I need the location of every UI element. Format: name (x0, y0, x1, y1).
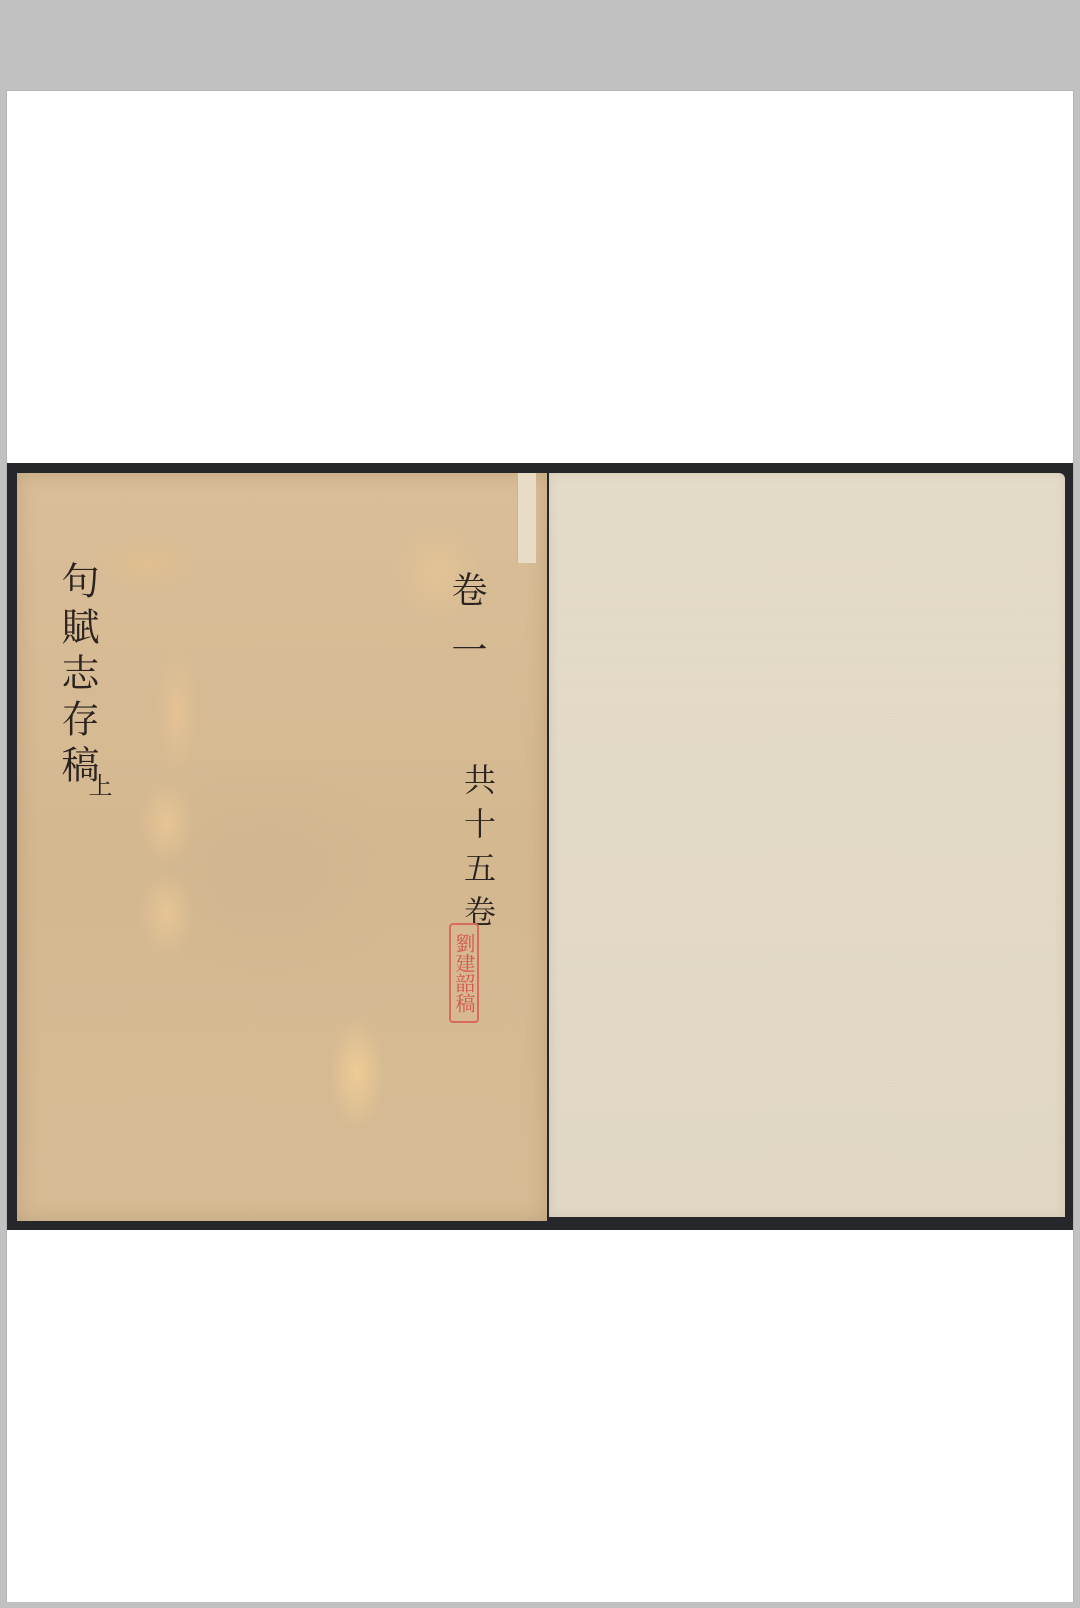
book-cover-left-page: 句賦志存稿 上 卷一 共十五卷 劉建韶稿 (17, 473, 547, 1221)
volume-label: 卷一 (441, 571, 492, 691)
scanned-book-image: 句賦志存稿 上 卷一 共十五卷 劉建韶稿 (7, 463, 1073, 1230)
book-title-suffix: 上 (81, 773, 116, 805)
blank-right-page (549, 473, 1065, 1217)
total-volumes-label: 共十五卷 (455, 763, 501, 939)
spine-binding-strip (517, 473, 536, 563)
book-title: 句賦志存稿 (57, 561, 97, 791)
red-seal-stamp: 劉建韶稿 (449, 923, 479, 1023)
